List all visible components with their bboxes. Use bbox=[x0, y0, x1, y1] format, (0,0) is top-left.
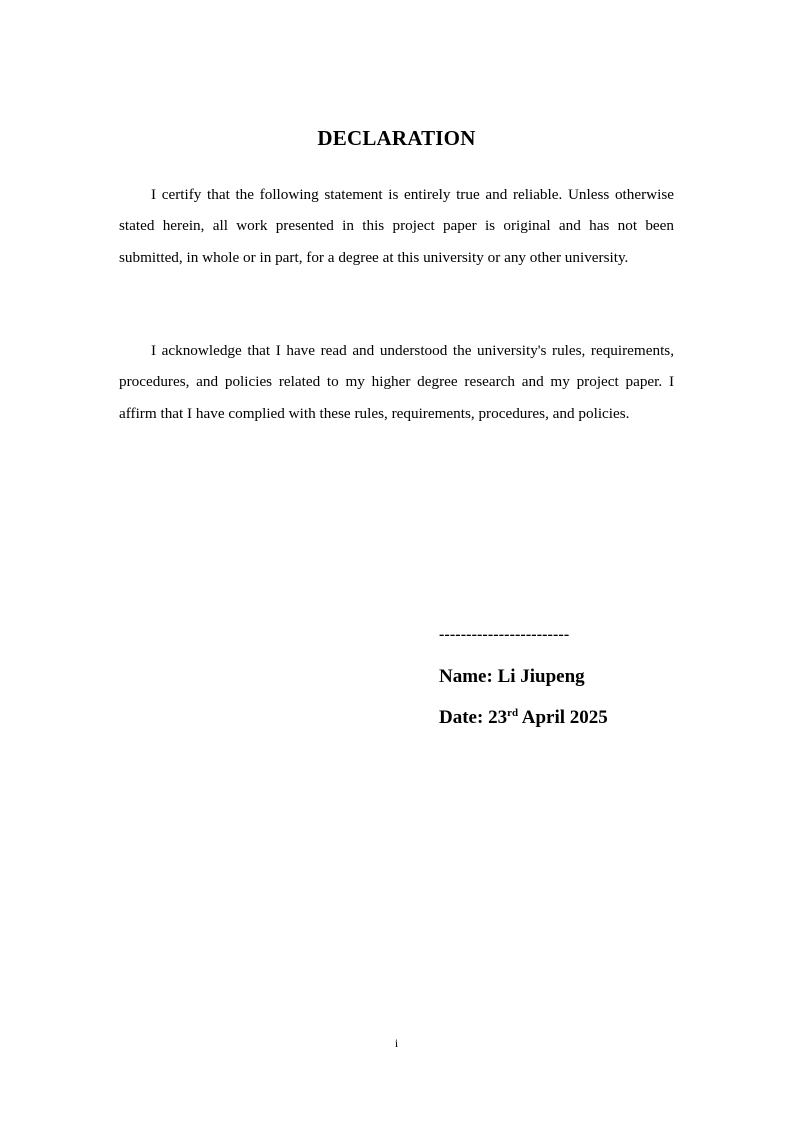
date-day-suffix: rd bbox=[507, 707, 518, 719]
page-title: DECLARATION bbox=[0, 126, 793, 151]
signature-block: ------------------------ Name: Li Jiupen… bbox=[439, 624, 608, 730]
date-day: 23 bbox=[488, 707, 507, 728]
name-value: Li Jiupeng bbox=[498, 666, 585, 687]
declaration-paragraph-certify: I certify that the following statement i… bbox=[119, 179, 674, 273]
signature-name: Name: Li Jiupeng bbox=[439, 665, 608, 689]
declaration-paragraph-acknowledge: I acknowledge that I have read and under… bbox=[119, 335, 674, 429]
signature-line: ------------------------ bbox=[439, 624, 608, 646]
name-label: Name: bbox=[439, 666, 493, 687]
date-label: Date: bbox=[439, 707, 483, 728]
date-rest: April 2025 bbox=[522, 707, 608, 728]
paragraph-text: I acknowledge that I have read and under… bbox=[119, 342, 674, 422]
paragraph-text: I certify that the following statement i… bbox=[119, 186, 674, 266]
page-number: i bbox=[0, 1036, 793, 1051]
signature-date: Date: 23rd April 2025 bbox=[439, 706, 608, 730]
